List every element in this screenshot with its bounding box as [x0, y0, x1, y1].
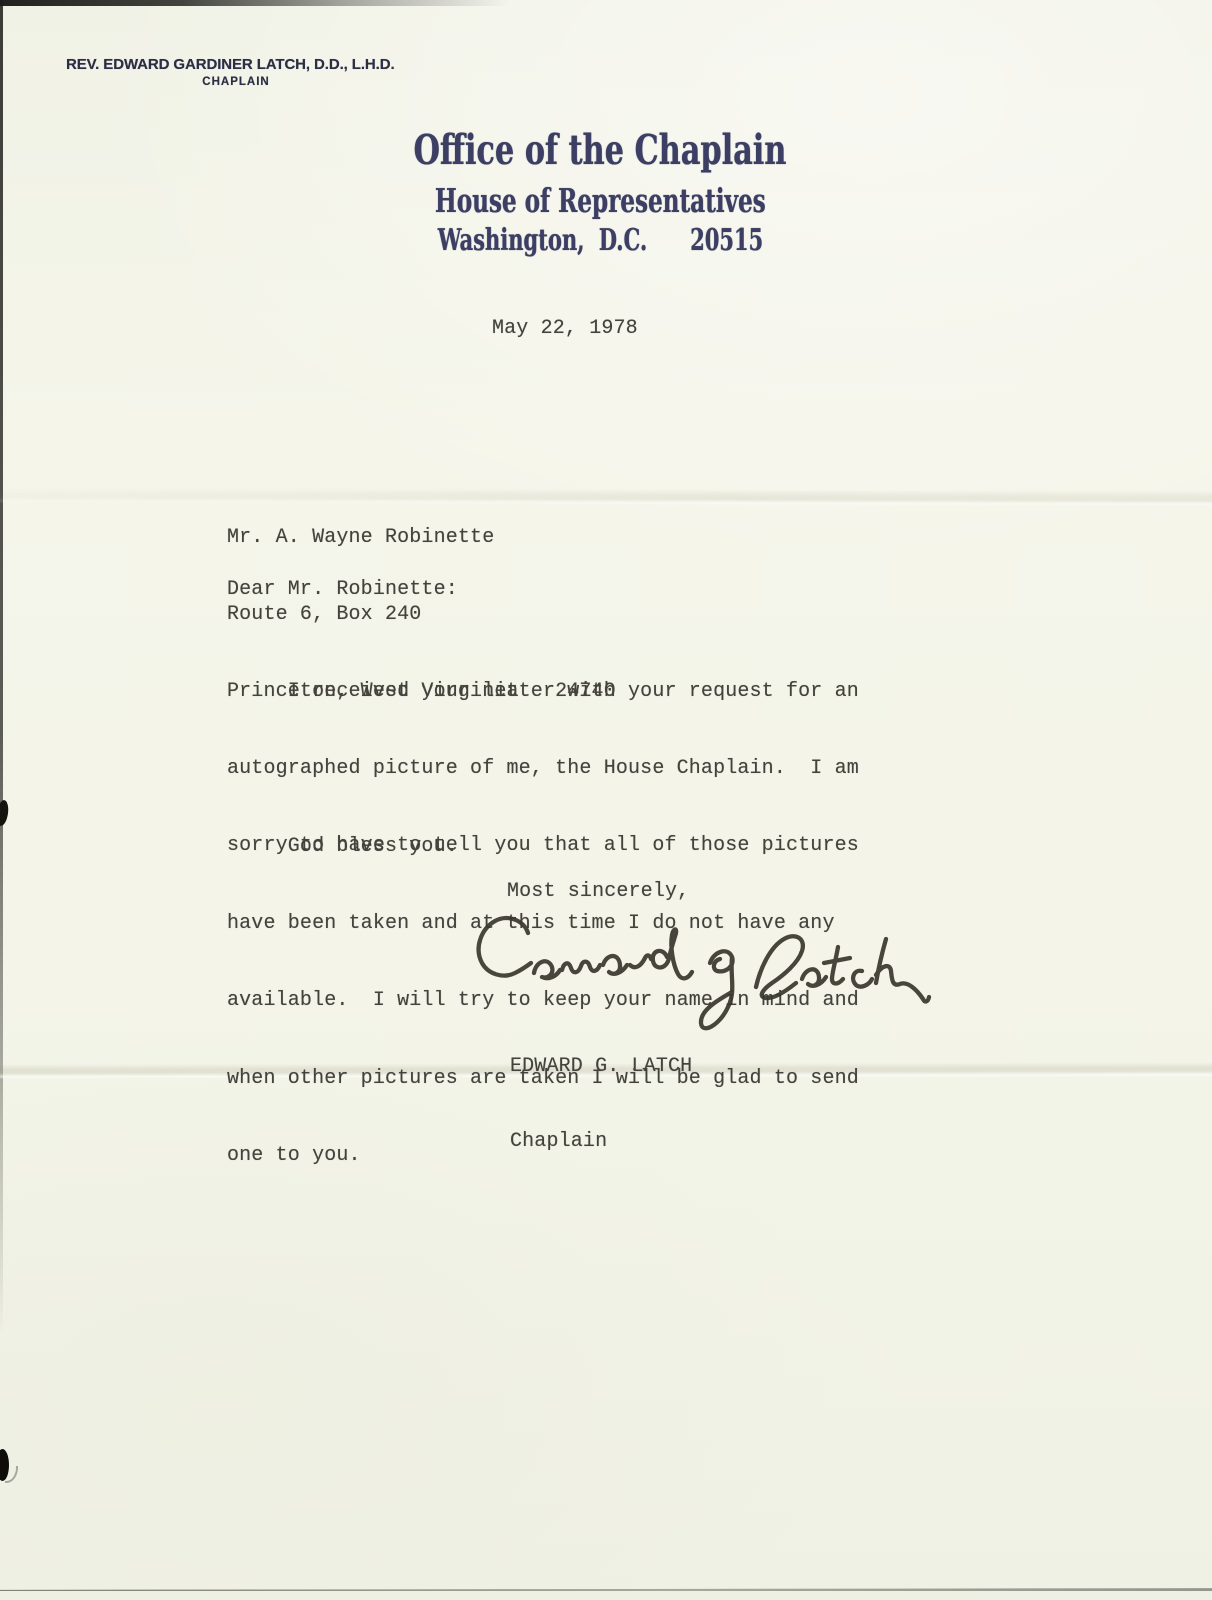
sender-name: REV. EDWARD GARDINER LATCH, D.D., L.H.D.	[66, 56, 406, 73]
typed-signature-block: EDWARD G. LATCH Chaplain	[510, 1004, 692, 1204]
typed-title: Chaplain	[510, 1129, 692, 1154]
scan-background-strip	[0, 1591, 1212, 1600]
salutation: Dear Mr. Robinette:	[227, 577, 458, 603]
sender-title: CHAPLAIN	[66, 76, 406, 88]
ink-blob-left-upper	[0, 799, 10, 826]
address-line: Mr. A. Wayne Robinette	[227, 525, 616, 551]
letter-page: REV. EDWARD GARDINER LATCH, D.D., L.H.D.…	[0, 0, 1212, 1600]
sender-block: REV. EDWARD GARDINER LATCH, D.D., L.H.D.…	[66, 56, 406, 88]
letterhead-city-zip: Washington, D.C. 20515	[0, 223, 1200, 258]
scan-artifact-top-edge	[0, 0, 600, 6]
letterhead-office: Office of the Chaplain	[0, 126, 1200, 174]
ink-blob-left-lower	[0, 1449, 9, 1481]
body-line: autographed picture of me, the House Cha…	[227, 756, 859, 782]
ink-blob-hook	[5, 1466, 18, 1483]
letterhead-institution: House of Representatives	[0, 181, 1200, 220]
blessing-line: God bless you.	[227, 834, 458, 860]
typed-name: EDWARD G. LATCH	[510, 1054, 692, 1079]
body-line: I received your letter with your request…	[227, 679, 859, 705]
paper-bottom-edge	[0, 1588, 1212, 1592]
date-line: May 22, 1978	[492, 316, 638, 342]
address-line: Route 6, Box 240	[227, 602, 616, 628]
